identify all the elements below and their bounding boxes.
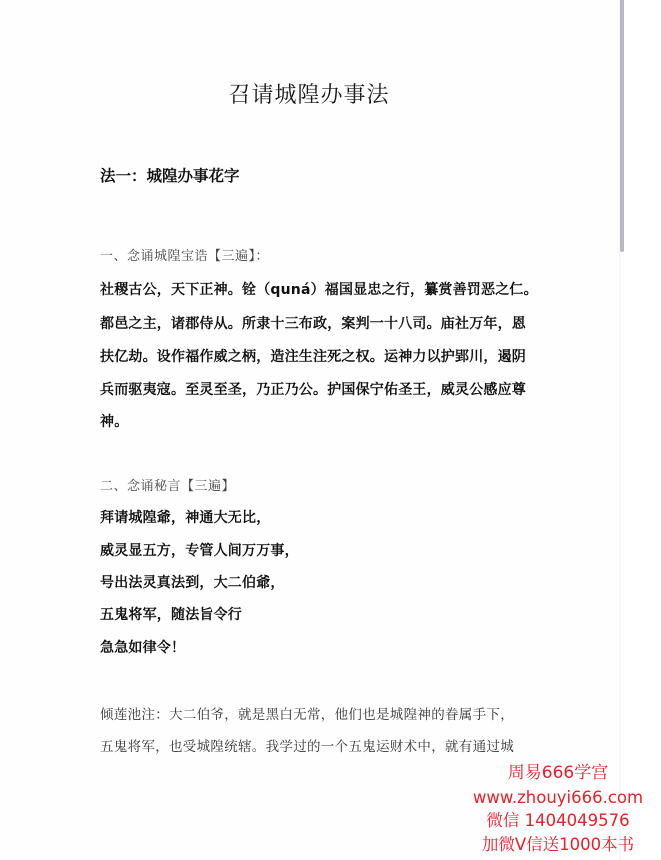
document-title: 召请城隍办事法 xyxy=(0,78,618,109)
watermark-wechat: 微信 1404049576 xyxy=(455,809,661,833)
incantation-line: 都邑之主，诸郡侍从。所隶十三布政，案判一十八司。庙社万年，恩 xyxy=(100,313,526,333)
mantra-line: 五鬼将军，随法旨令行 xyxy=(100,604,242,624)
mantra-line: 号出法灵真法到，大二伯爺， xyxy=(100,572,285,592)
part1-heading: 一、念诵城隍宝诰【三遍】： xyxy=(100,245,269,264)
mantra-line: 威灵显五方，专管人间万万事， xyxy=(100,540,299,560)
part2-heading: 二、念诵秘言【三遍】 xyxy=(100,475,235,494)
vertical-scrollbar[interactable] xyxy=(619,0,625,860)
watermark-promo: 加微V信送1000本书 xyxy=(455,833,661,857)
watermark-site-name: 周易666学宫 xyxy=(455,762,661,786)
scrollbar-thumb[interactable] xyxy=(620,0,624,252)
mantra-line: 拜请城隍爺，神通大无比， xyxy=(100,507,270,527)
annotation-line: 五鬼将军，也受城隍统辖。我学过的一个五鬼运财术中，就有通过城 xyxy=(100,735,514,755)
watermark: 周易666学宫 www.zhouyi666.com 微信 1404049576 … xyxy=(455,762,661,856)
incantation-line: 兵而驱夷寇。至灵至圣，乃正乃公。护国保宁佑圣王，威灵公感应尊 xyxy=(100,379,526,399)
incantation-line: 扶亿劫。设作福作威之柄，造注生注死之权。运神力以护郢川，遏阴 xyxy=(100,346,526,366)
watermark-url: www.zhouyi666.com xyxy=(455,786,661,810)
section-heading: 法一：城隍办事花字 xyxy=(100,164,240,186)
annotation-line: 倾莲池注：大二伯爷，就是黑白无常，他们也是城隍神的眷属手下， xyxy=(100,703,514,723)
document-page: 召请城隍办事法 法一：城隍办事花字 一、念诵城隍宝诰【三遍】： 社稷古公，天下正… xyxy=(0,0,618,860)
incantation-line: 社稷古公，天下正神。铨（quná）福国显忠之行，纂赏善罚恶之仁。 xyxy=(100,279,538,299)
incantation-line: 神。 xyxy=(100,411,128,431)
mantra-line: 急急如律令！ xyxy=(100,637,185,657)
